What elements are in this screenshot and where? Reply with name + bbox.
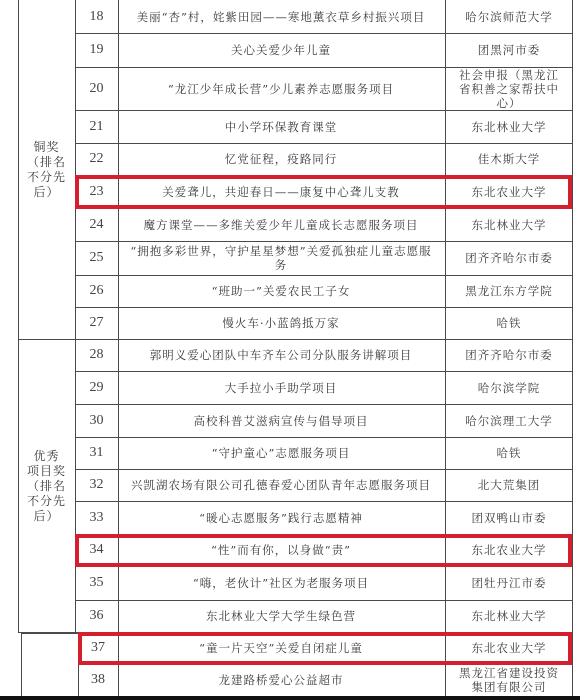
section-divider xyxy=(21,633,78,634)
applicant-unit: 东北林业大学 xyxy=(449,600,569,632)
group-label-bronze-text: 铜奖 （排名 不分先 后） xyxy=(25,140,69,200)
column-divider xyxy=(445,0,446,696)
applicant-unit: 哈尔滨理工大学 xyxy=(449,404,569,437)
applicant-unit: 佳木斯大学 xyxy=(449,143,569,175)
project-name: 东北林业大学大学生绿色营 xyxy=(122,600,440,632)
row-number: 28 xyxy=(75,339,118,371)
row-number: 31 xyxy=(75,437,118,469)
project-name: “嗨，老伙计”社区为老服务项目 xyxy=(122,566,440,600)
applicant-unit: 黑龙江东方学院 xyxy=(449,275,569,307)
applicant-unit: 东北林业大学 xyxy=(449,110,569,143)
row-number: 22 xyxy=(75,143,118,175)
page-bottom-edge xyxy=(0,696,580,700)
applicant-unit: 哈尔滨学院 xyxy=(449,371,569,404)
row-number: 29 xyxy=(75,371,118,404)
applicant-unit: 团齐齐哈尔市委 xyxy=(449,241,569,275)
column-divider xyxy=(572,0,573,696)
row-number: 25 xyxy=(75,241,118,275)
highlight-box xyxy=(78,632,572,665)
project-name: 美丽“杏”村，姹紫田园——寒地薰衣草乡村振兴项目 xyxy=(122,0,440,33)
applicant-unit: 社会申报（黑龙江省积善之家帮扶中心） xyxy=(449,67,569,110)
column-divider xyxy=(21,633,22,696)
row-number: 30 xyxy=(75,404,118,437)
applicant-unit: 团齐齐哈尔市委 xyxy=(449,339,569,371)
project-name: 关心关爱少年儿童 xyxy=(122,33,440,67)
row-number: 32 xyxy=(75,469,118,501)
row-number: 24 xyxy=(75,208,118,241)
column-divider xyxy=(118,0,119,696)
project-name: “守护童心”志愿服务项目 xyxy=(122,437,440,469)
row-number: 26 xyxy=(75,275,118,307)
project-name: 兴凯湖农场有限公司孔德春爱心团队青年志愿服务项目 xyxy=(122,469,440,501)
project-name: “拥抱多彩世界，守护星星梦想”关爱孤独症儿童志愿服务 xyxy=(122,241,440,275)
project-name: 龙建路桥爱心公益超市 xyxy=(122,664,440,696)
applicant-unit: 黑龙江省建设投资集团有限公司 xyxy=(449,664,569,696)
row-number: 38 xyxy=(78,664,118,696)
applicant-unit: 团黑河市委 xyxy=(449,33,569,67)
project-name: 郭明义爱心团队中车齐车公司分队服务讲解项目 xyxy=(122,339,440,371)
project-name: 中小学环保教育课堂 xyxy=(122,110,440,143)
group-label-bronze: 铜奖 （排名 不分先 后） xyxy=(18,0,75,339)
project-name: “班助一”关爱农民工子女 xyxy=(122,275,440,307)
row-number: 35 xyxy=(75,566,118,600)
project-name: 魔方课堂——多维关爱少年儿童成长志愿服务项目 xyxy=(122,208,440,241)
row-number: 18 xyxy=(75,0,118,33)
applicant-unit: 团双鸭山市委 xyxy=(449,501,569,534)
highlight-box xyxy=(75,175,572,209)
group-label-excellent-text: 优秀 项目奖 （排名 不分先 后） xyxy=(25,449,69,524)
highlight-box xyxy=(75,534,572,567)
project-name: “暖心志愿服务”践行志愿精神 xyxy=(122,501,440,534)
applicant-unit: 北大荒集团 xyxy=(449,469,569,501)
project-name: 慢火车·小蓝鸽抵万家 xyxy=(122,307,440,339)
applicant-unit: 哈铁 xyxy=(449,307,569,339)
project-name: 忆党征程，疫路同行 xyxy=(122,143,440,175)
row-number: 27 xyxy=(75,307,118,339)
row-number: 33 xyxy=(75,501,118,534)
group-label-excellent: 优秀 项目奖 （排名 不分先 后） xyxy=(18,339,75,633)
project-name: 高校科普艾滋病宣传与倡导项目 xyxy=(122,404,440,437)
applicant-unit: 团牡丹江市委 xyxy=(449,566,569,600)
row-number: 19 xyxy=(75,33,118,67)
project-name: 大手拉小手助学项目 xyxy=(122,371,440,404)
applicant-unit: 东北林业大学 xyxy=(449,208,569,241)
row-number: 36 xyxy=(75,600,118,632)
row-number: 20 xyxy=(75,67,118,110)
project-name: “龙江少年成长营”少儿素养志愿服务项目 xyxy=(122,67,440,110)
applicant-unit: 哈尔滨师范大学 xyxy=(449,0,569,33)
applicant-unit: 哈铁 xyxy=(449,437,569,469)
row-number: 21 xyxy=(75,110,118,143)
